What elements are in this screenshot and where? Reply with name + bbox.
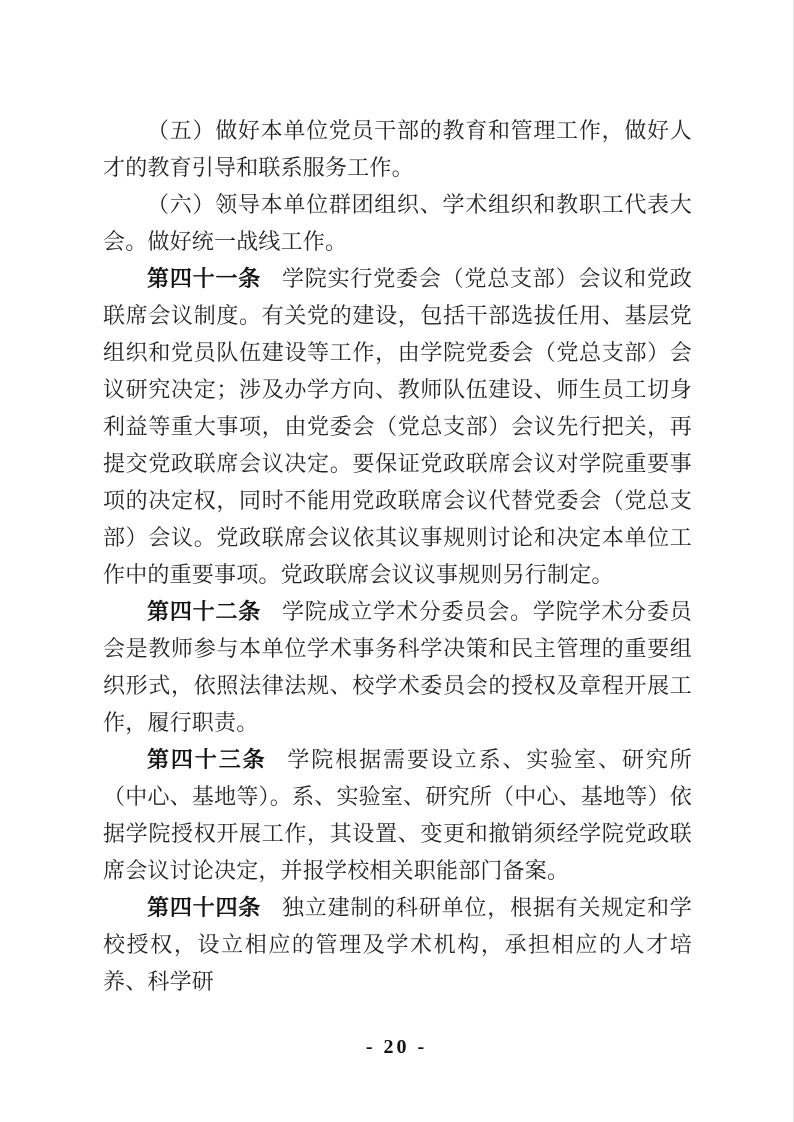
paragraph-6: 第四十四条独立建制的科研单位，根据有关规定和学校授权，设立相应的管理及学术机构，… [103, 889, 692, 1000]
document-page: （五）做好本单位党员干部的教育和管理工作，做好人才的教育引导和联系服务工作。（六… [0, 0, 794, 1122]
article-number: 第四十三条 [147, 747, 287, 772]
paragraph-3: 第四十一条学院实行党委会（党总支部）会议和党政联席会议制度。有关党的建设，包括干… [103, 260, 692, 593]
document-body: （五）做好本单位党员干部的教育和管理工作，做好人才的教育引导和联系服务工作。（六… [103, 112, 692, 1000]
paragraph-2: （六）领导本单位群团组织、学术组织和教职工代表大会。做好统一战线工作。 [103, 186, 692, 260]
article-number: 第四十一条 [147, 266, 282, 291]
article-number: 第四十四条 [147, 895, 282, 920]
article-number: 第四十二条 [147, 599, 282, 624]
paragraph-4: 第四十二条学院成立学术分委员会。学院学术分委员会是教师参与本单位学术事务科学决策… [103, 593, 692, 741]
page-number: - 20 - [0, 1036, 793, 1059]
paragraph-1: （五）做好本单位党员干部的教育和管理工作，做好人才的教育引导和联系服务工作。 [103, 112, 692, 186]
paragraph-5: 第四十三条学院根据需要设立系、实验室、研究所（中心、基地等）。系、实验室、研究所… [103, 741, 692, 889]
